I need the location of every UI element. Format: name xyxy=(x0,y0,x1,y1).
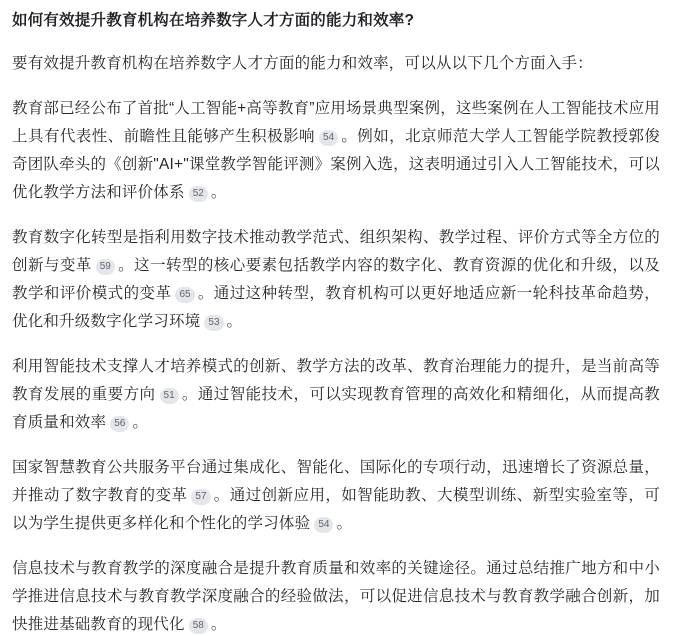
citation-badge[interactable]: 53 xyxy=(204,315,223,331)
paragraph: 信息技术与教育教学的深度融合是提升教育质量和效率的关键途径。通过总结推广地方和中… xyxy=(12,555,660,636)
paragraph-text: 。 xyxy=(211,616,227,633)
paragraph: 教育数字化转型是指利用数字技术推动教学范式、组织架构、教学过程、评价方式等全方位… xyxy=(12,224,660,336)
citation-badge[interactable]: 59 xyxy=(96,259,115,275)
question-title: 如何有效提升教育机构在培养数字人才方面的能力和效率? xyxy=(12,9,660,33)
citation-badge[interactable]: 56 xyxy=(110,416,129,432)
citation-badge[interactable]: 51 xyxy=(160,388,179,404)
citation-badge[interactable]: 54 xyxy=(319,130,338,146)
answer-document: 如何有效提升教育机构在培养数字人才方面的能力和效率? 要有效提升教育机构在培养数… xyxy=(0,0,681,636)
paragraph-text: 。 xyxy=(132,414,148,431)
paragraph: 教育部已经公布了首批“人工智能+高等教育”应用场景典型案例，这些案例在人工智能技… xyxy=(12,95,660,207)
paragraph: 国家智慧教育公共服务平台通过集成化、智能化、国际化的专项行动，迅速增长了资源总量… xyxy=(12,454,660,538)
paragraph-text: 。 xyxy=(336,515,352,532)
paragraph-text: 。 xyxy=(227,313,243,330)
intro-paragraph: 要有效提升教育机构在培养数字人才方面的能力和效率，可以从以下几个方面入手： xyxy=(12,50,660,78)
paragraph-text: 。 xyxy=(211,184,227,201)
citation-badge[interactable]: 65 xyxy=(175,287,194,303)
paragraph: 利用智能技术支撑人才培养模式的创新、教学方法的改革、教育治理能力的提升，是当前高… xyxy=(12,353,660,437)
citation-badge[interactable]: 52 xyxy=(189,186,208,202)
citation-badge[interactable]: 57 xyxy=(191,489,210,505)
paragraph-text: 信息技术与教育教学的深度融合是提升教育质量和效率的关键途径。通过总结推广地方和中… xyxy=(12,560,660,633)
paragraph-list: 教育部已经公布了首批“人工智能+高等教育”应用场景典型案例，这些案例在人工智能技… xyxy=(12,95,660,636)
citation-badge[interactable]: 54 xyxy=(314,517,333,533)
citation-badge[interactable]: 58 xyxy=(189,618,208,634)
